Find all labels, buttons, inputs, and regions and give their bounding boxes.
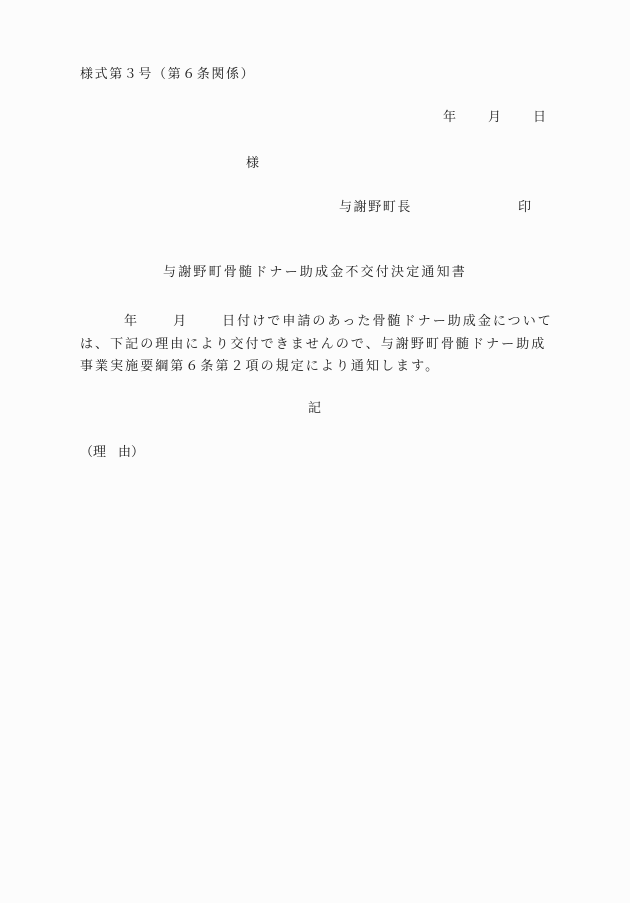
- reason-close: 由）: [118, 445, 144, 460]
- date-day-label: 日: [533, 111, 546, 124]
- date-year-label: 年: [443, 111, 456, 124]
- addressee-suffix: 様: [246, 157, 261, 170]
- document-title: 与謝野町骨髄ドナー助成金不交付決定通知書: [163, 266, 467, 279]
- seal-mark: 印: [518, 201, 533, 214]
- body-line-1-text: 日付けで申請のあった骨髄ドナー助成金について: [222, 314, 553, 329]
- form-number: 様式第３号（第６条関係）: [80, 68, 255, 81]
- reason-heading: （理由）: [80, 446, 144, 459]
- ki-heading: 記: [308, 402, 323, 415]
- issuer-name: 与謝野町長: [339, 201, 412, 214]
- reason-open: （理: [80, 445, 106, 460]
- body-line-2: は、下記の理由により交付できませんので、与謝野町骨髄ドナー助成: [80, 334, 550, 357]
- body-line-1: 年月日付けで申請のあった骨髄ドナー助成金について: [80, 311, 550, 334]
- body-paragraph: 年月日付けで申請のあった骨髄ドナー助成金について は、下記の理由により交付できま…: [80, 311, 550, 379]
- date-month-label: 月: [488, 111, 501, 124]
- body-date-month: 月: [173, 314, 188, 329]
- document-page: 様式第３号（第６条関係） 年月日 様 与謝野町長 印 与謝野町骨髄ドナー助成金不…: [0, 0, 630, 903]
- body-line-3: 事業実施要綱第６条第２項の規定により通知します。: [80, 356, 550, 379]
- body-date-year: 年: [124, 314, 139, 329]
- date-line: 年月日: [443, 111, 546, 124]
